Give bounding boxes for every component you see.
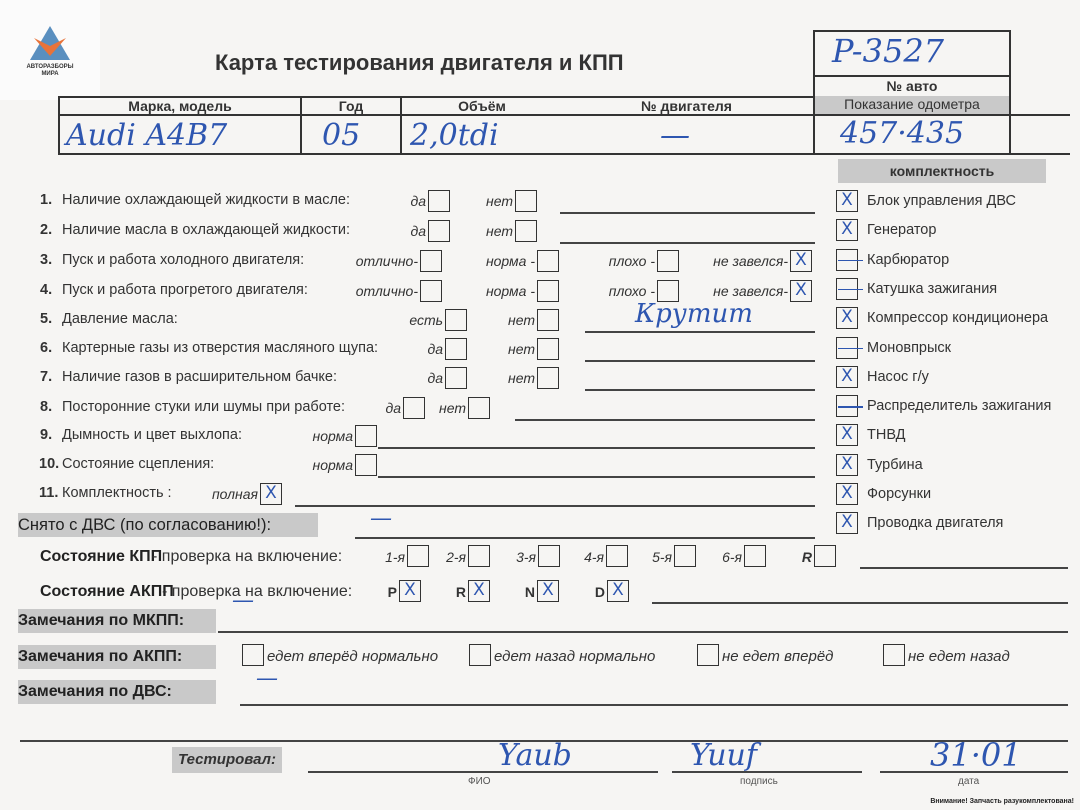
col-header-year: Год — [302, 98, 400, 114]
auto-number-label: № авто — [815, 78, 1009, 94]
question-number: 7. — [40, 369, 52, 385]
kit-checkbox[interactable]: X — [836, 454, 858, 476]
gear-label: 6-я — [682, 549, 742, 565]
removed-label: Снято с ДВС (по согласованию!): — [18, 513, 318, 537]
gear-label: N — [462, 584, 535, 600]
question-number: 8. — [40, 399, 52, 415]
option-label: норма — [210, 428, 353, 444]
engine-no-value[interactable]: — — [660, 118, 690, 153]
auto-number-value[interactable]: P-3527 — [832, 32, 944, 70]
question-text: Состояние сцепления: — [62, 456, 214, 472]
logo-line1: АВТОРАЗБОРЫ — [0, 64, 100, 71]
manual_gearbox-label-rest: - проверка на включение: — [152, 548, 342, 566]
note-line — [560, 242, 815, 244]
signature-caption: подпись — [740, 776, 778, 787]
check-mark: X — [791, 251, 811, 271]
kit-label: Генератор — [867, 222, 936, 238]
question-number: 1. — [40, 192, 52, 208]
removed-value[interactable]: — — [370, 506, 392, 531]
question-number: 5. — [40, 311, 52, 327]
check-mark: X — [608, 581, 628, 601]
option-checkbox[interactable] — [537, 309, 559, 331]
kit-label: Блок управления ДВС — [867, 193, 1016, 209]
kit-checkbox[interactable] — [836, 337, 858, 359]
akpp-remark-checkbox[interactable] — [242, 644, 264, 666]
auto_gearbox-label-bold: Состояние АКПП — [40, 583, 174, 601]
remarks-akpp-label: Замечания по АКПП: — [18, 645, 216, 669]
kit-checkbox[interactable]: X — [836, 190, 858, 212]
note-line — [378, 476, 815, 478]
logo-icon — [28, 24, 72, 62]
option-label: не завелся- — [600, 253, 788, 269]
tester-name[interactable]: Yaub — [498, 738, 572, 773]
akpp-remark-label: едет назад нормально — [494, 648, 655, 665]
kit-checkbox[interactable]: X — [836, 512, 858, 534]
option-label: норма — [210, 457, 353, 473]
kit-label: Моновпрыск — [867, 340, 951, 356]
question-number: 11. — [39, 485, 58, 501]
gear-label: 3-я — [480, 549, 536, 565]
check-mark: X — [837, 191, 857, 211]
dash-mark — [838, 260, 863, 262]
note-line — [585, 389, 815, 391]
gear-checkbox[interactable]: X — [607, 580, 629, 602]
kit-label: ТНВД — [867, 427, 906, 443]
note-line — [585, 360, 815, 362]
gear-note-line — [652, 602, 1068, 604]
akpp-remark-checkbox[interactable] — [697, 644, 719, 666]
check-mark: X — [791, 281, 811, 301]
question-number: 2. — [40, 222, 52, 238]
kit-label: Распределитель зажигания — [867, 398, 1051, 414]
model-value[interactable]: Audi A4B7 — [66, 118, 227, 153]
check-mark: X — [261, 484, 281, 504]
logo: АВТОРАЗБОРЫ МИРА — [0, 0, 100, 100]
kit-checkbox[interactable] — [836, 249, 858, 271]
note-line — [378, 447, 815, 449]
option-checkbox[interactable] — [537, 367, 559, 389]
gear-label: R — [395, 584, 466, 600]
kit-label: Катушка зажигания — [867, 281, 997, 297]
gear-label: 5-я — [613, 549, 672, 565]
note-line — [515, 419, 815, 421]
option-label: нет — [405, 370, 535, 386]
akpp-remark-label: не едет вперёд — [722, 648, 833, 665]
option-checkbox[interactable]: X — [260, 483, 282, 505]
check-mark: X — [837, 425, 857, 445]
akpp-remark-checkbox[interactable] — [883, 644, 905, 666]
question-text: Давление масла: — [62, 311, 178, 327]
completeness-header: комплектность — [838, 159, 1046, 183]
question-number: 9. — [40, 427, 52, 443]
odometer-label: Показание одометра — [815, 96, 1009, 114]
page-title: Карта тестирования двигателя и КПП — [215, 50, 624, 76]
option-label: нет — [405, 312, 535, 328]
odometer-value[interactable]: 457·435 — [840, 116, 964, 151]
option-checkbox[interactable]: X — [790, 280, 812, 302]
kit-checkbox[interactable]: X — [836, 424, 858, 446]
gear-note-line — [860, 567, 1068, 569]
kit-checkbox[interactable] — [836, 395, 858, 417]
remarks-mkpp-label: Замечания по МКПП: — [18, 609, 216, 633]
year-value[interactable]: 05 — [322, 118, 360, 153]
akpp-remark-label: едет вперёд нормально — [267, 648, 438, 665]
kit-checkbox[interactable]: X — [836, 483, 858, 505]
kit-label: Карбюратор — [867, 252, 949, 268]
warning-text: Внимание! Запчасть разукомплектована! — [930, 798, 1074, 805]
remarks-mkpp-value[interactable]: — — [232, 588, 254, 613]
check-mark: X — [837, 484, 857, 504]
kit-label: Проводка двигателя — [867, 515, 1003, 531]
tested-by-label: Тестировал: — [172, 747, 282, 773]
remarks-dvs-label: Замечания по ДВС: — [18, 680, 216, 704]
tester-signature[interactable]: Yuuf — [690, 738, 757, 773]
option-checkbox[interactable]: X — [790, 250, 812, 272]
gear-label: P — [325, 584, 397, 600]
option-label: нет — [405, 341, 535, 357]
question-number: 10. — [39, 456, 59, 472]
option-checkbox[interactable] — [515, 190, 537, 212]
note-line — [585, 331, 815, 333]
check-mark: X — [837, 455, 857, 475]
note-line — [560, 212, 815, 214]
akpp-remark-label: не едет назад — [908, 648, 1010, 665]
option-checkbox[interactable] — [355, 425, 377, 447]
kit-checkbox[interactable]: X — [836, 219, 858, 241]
check-mark: X — [837, 367, 857, 387]
manual_gearbox-label-bold: Состояние КПП — [40, 548, 162, 566]
kit-checkbox[interactable]: X — [836, 307, 858, 329]
col-header-model: Марка, модель — [60, 98, 300, 114]
gear-label: D — [530, 584, 605, 600]
option-label: не завелся- — [600, 283, 788, 299]
option-label: нет — [338, 400, 466, 416]
gear-label: R — [750, 549, 812, 565]
gear-label: 2-я — [410, 549, 466, 565]
kit-checkbox[interactable] — [836, 278, 858, 300]
kit-label: Компрессор кондиционера — [867, 310, 1048, 326]
logo-line2: МИРА — [0, 71, 100, 78]
gear-label: 1-я — [340, 549, 405, 565]
option-checkbox[interactable] — [468, 397, 490, 419]
gear-checkbox[interactable] — [814, 545, 836, 567]
note-value[interactable]: Крутит — [635, 299, 753, 329]
kit-label: Турбина — [867, 457, 923, 473]
check-mark: X — [837, 220, 857, 240]
question-number: 6. — [40, 340, 52, 356]
volume-value[interactable]: 2,0tdi — [410, 118, 499, 153]
akpp-remark-checkbox[interactable] — [469, 644, 491, 666]
dash-mark — [838, 289, 863, 291]
kit-checkbox[interactable]: X — [836, 366, 858, 388]
kit-label: Форсунки — [867, 486, 931, 502]
auto_gearbox-label-rest: - проверка на включение: — [162, 583, 352, 601]
test-date[interactable]: 31·01 — [930, 736, 1022, 774]
option-checkbox[interactable] — [355, 454, 377, 476]
option-checkbox[interactable] — [515, 220, 537, 242]
option-label: полная — [110, 486, 258, 502]
question-text: Наличие газов в расширительном бачке: — [62, 369, 337, 385]
col-header-volume: Объём — [402, 98, 562, 114]
question-number: 4. — [40, 282, 52, 298]
option-checkbox[interactable] — [537, 338, 559, 360]
option-label: нет — [385, 223, 513, 239]
col-header-engine-no: № двигателя — [560, 98, 813, 114]
dash-mark — [838, 348, 863, 350]
name-caption: ФИО — [468, 776, 491, 787]
check-mark: X — [837, 308, 857, 328]
check-mark: X — [837, 513, 857, 533]
gear-label: 4-я — [545, 549, 604, 565]
date-caption: дата — [958, 776, 979, 787]
option-label: нет — [385, 193, 513, 209]
question-number: 3. — [40, 252, 52, 268]
dash-mark — [838, 406, 863, 408]
remarks-dvs-value[interactable]: — — [256, 666, 278, 691]
kit-label: Насос г/у — [867, 369, 929, 385]
